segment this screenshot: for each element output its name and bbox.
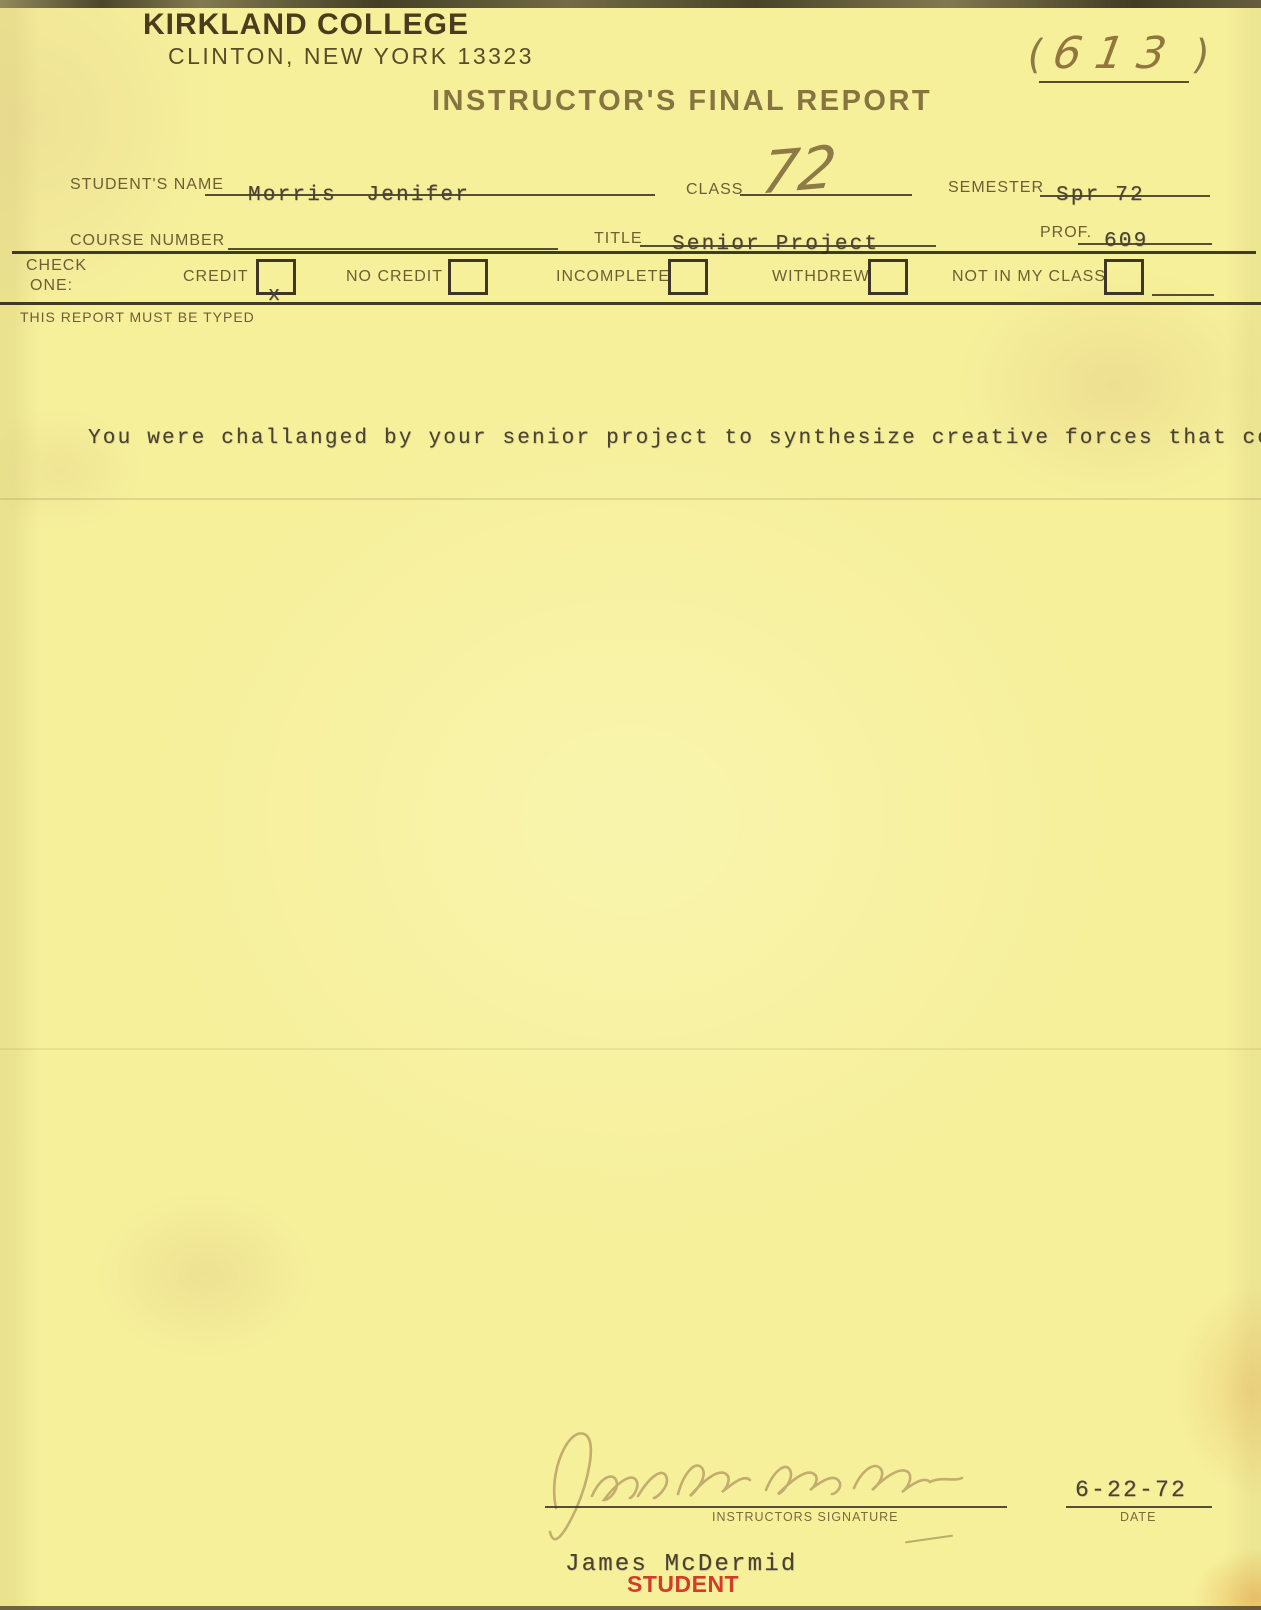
college-name: KIRKLAND COLLEGE	[143, 8, 469, 42]
option-credit-label: CREDIT	[183, 268, 249, 286]
signature-line	[545, 1506, 1007, 1508]
checkbox-no-credit	[448, 259, 488, 295]
student-name-value: Morris Jenifer	[248, 184, 470, 207]
signature-caption: INSTRUCTORS SIGNATURE	[712, 1510, 899, 1524]
prof-value: 609	[1104, 230, 1148, 253]
scan-edge-bottom	[0, 1606, 1261, 1610]
title-label: TITLE	[594, 230, 643, 248]
student-stamp: STUDENT	[627, 1571, 739, 1598]
must-be-typed-note: THIS REPORT MUST BE TYPED	[20, 309, 255, 325]
checkbox-incomplete	[668, 259, 708, 295]
option-not-in-class-label: NOT IN MY CLASS	[952, 268, 1106, 286]
class-value-handwritten: 72	[758, 132, 840, 207]
credit-check-mark: x	[268, 284, 282, 307]
handwritten-doc-number: (613)	[1024, 28, 1214, 79]
doc-number-digits: 613	[1038, 28, 1198, 83]
semester-value: Spr 72	[1056, 184, 1145, 207]
date-value: 6-22-72	[1075, 1477, 1187, 1503]
scan-edge-top	[0, 0, 1261, 8]
course-number-label: COURSE NUMBER	[70, 232, 225, 250]
check-one-label-1: CHECK	[26, 257, 87, 275]
prof-label: PROF.	[1040, 224, 1092, 242]
option-no-credit-label: NO CREDIT	[346, 268, 443, 286]
checkbox-not-in-class	[1104, 259, 1144, 295]
option-incomplete-label: INCOMPLETE	[556, 268, 670, 286]
date-line	[1066, 1506, 1212, 1508]
band-bottom-rule	[0, 302, 1261, 305]
check-one-label-2: ONE:	[30, 277, 73, 295]
scanned-report-form: KIRKLAND COLLEGE CLINTON, NEW YORK 13323…	[0, 0, 1261, 1610]
student-name-label: STUDENT'S NAME	[70, 176, 224, 194]
college-address: CLINTON, NEW YORK 13323	[168, 43, 534, 70]
option-withdrew-label: WITHDREW	[772, 268, 870, 286]
class-label: CLASS	[686, 181, 743, 199]
band-top-rule	[12, 251, 1256, 254]
paper-fold-crease	[0, 1048, 1261, 1050]
checkbox-withdrew	[868, 259, 908, 295]
form-title: INSTRUCTOR'S FINAL REPORT	[432, 85, 932, 118]
not-in-class-tail-line	[1152, 294, 1214, 296]
paper-fold-crease	[0, 498, 1261, 500]
course-number-line	[228, 248, 558, 250]
semester-label: SEMESTER	[948, 179, 1044, 197]
evaluation-text: You were challanged by your senior proje…	[88, 427, 1261, 452]
date-caption: DATE	[1120, 1510, 1156, 1524]
